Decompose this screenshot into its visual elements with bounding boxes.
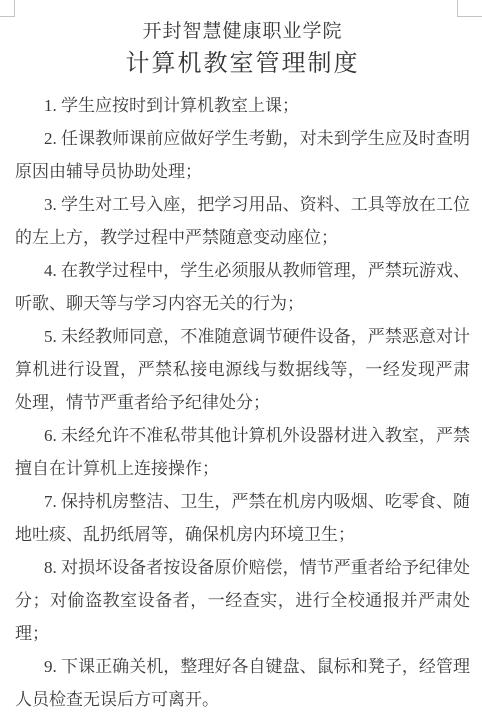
page-title: 计算机教室管理制度 bbox=[15, 49, 470, 79]
rule-paragraph-1: 1. 学生应按时到计算机教室上课； bbox=[15, 89, 470, 122]
rule-paragraph-9: 9. 下课正确关机，整理好各自键盘、鼠标和凳子，经管理人员检查无误后方可离开。 bbox=[15, 650, 470, 716]
rule-paragraph-6: 6. 未经允许不准私带其他计算机外设器材进入教室，严禁擅自在计算机上连接操作； bbox=[15, 419, 470, 485]
document-page: 开封智慧健康职业学院 计算机教室管理制度 1. 学生应按时到计算机教室上课； 2… bbox=[0, 0, 482, 726]
text-boundary-mark-top-left bbox=[0, 0, 15, 17]
rule-paragraph-3: 3. 学生对工号入座，把学习用品、资料、工具等放在工位的左上方，教学过程中严禁随… bbox=[15, 188, 470, 254]
document-content: 开封智慧健康职业学院 计算机教室管理制度 1. 学生应按时到计算机教室上课； 2… bbox=[15, 20, 470, 716]
rule-paragraph-2: 2. 任课教师课前应做好学生考勤，对未到学生应及时查明原因由辅导员协助处理； bbox=[15, 122, 470, 188]
rule-paragraph-4: 4. 在教学过程中，学生必须服从教师管理，严禁玩游戏、听歌、聊天等与学习内容无关… bbox=[15, 254, 470, 320]
rule-paragraph-8: 8. 对损坏设备者按设备原价赔偿，情节严重者给予纪律处分；对偷盗教室设备者，一经… bbox=[15, 551, 470, 650]
rule-paragraph-7: 7. 保持机房整洁、卫生，严禁在机房内吸烟、吃零食、随地吐痰、乱扔纸屑等，确保机… bbox=[15, 485, 470, 551]
rule-paragraph-5: 5. 未经教师同意，不准随意调节硬件设备，严禁恶意对计算机进行设置，严禁私接电源… bbox=[15, 320, 470, 419]
school-name: 开封智慧健康职业学院 bbox=[15, 20, 470, 44]
text-boundary-mark-top-right bbox=[457, 0, 482, 17]
